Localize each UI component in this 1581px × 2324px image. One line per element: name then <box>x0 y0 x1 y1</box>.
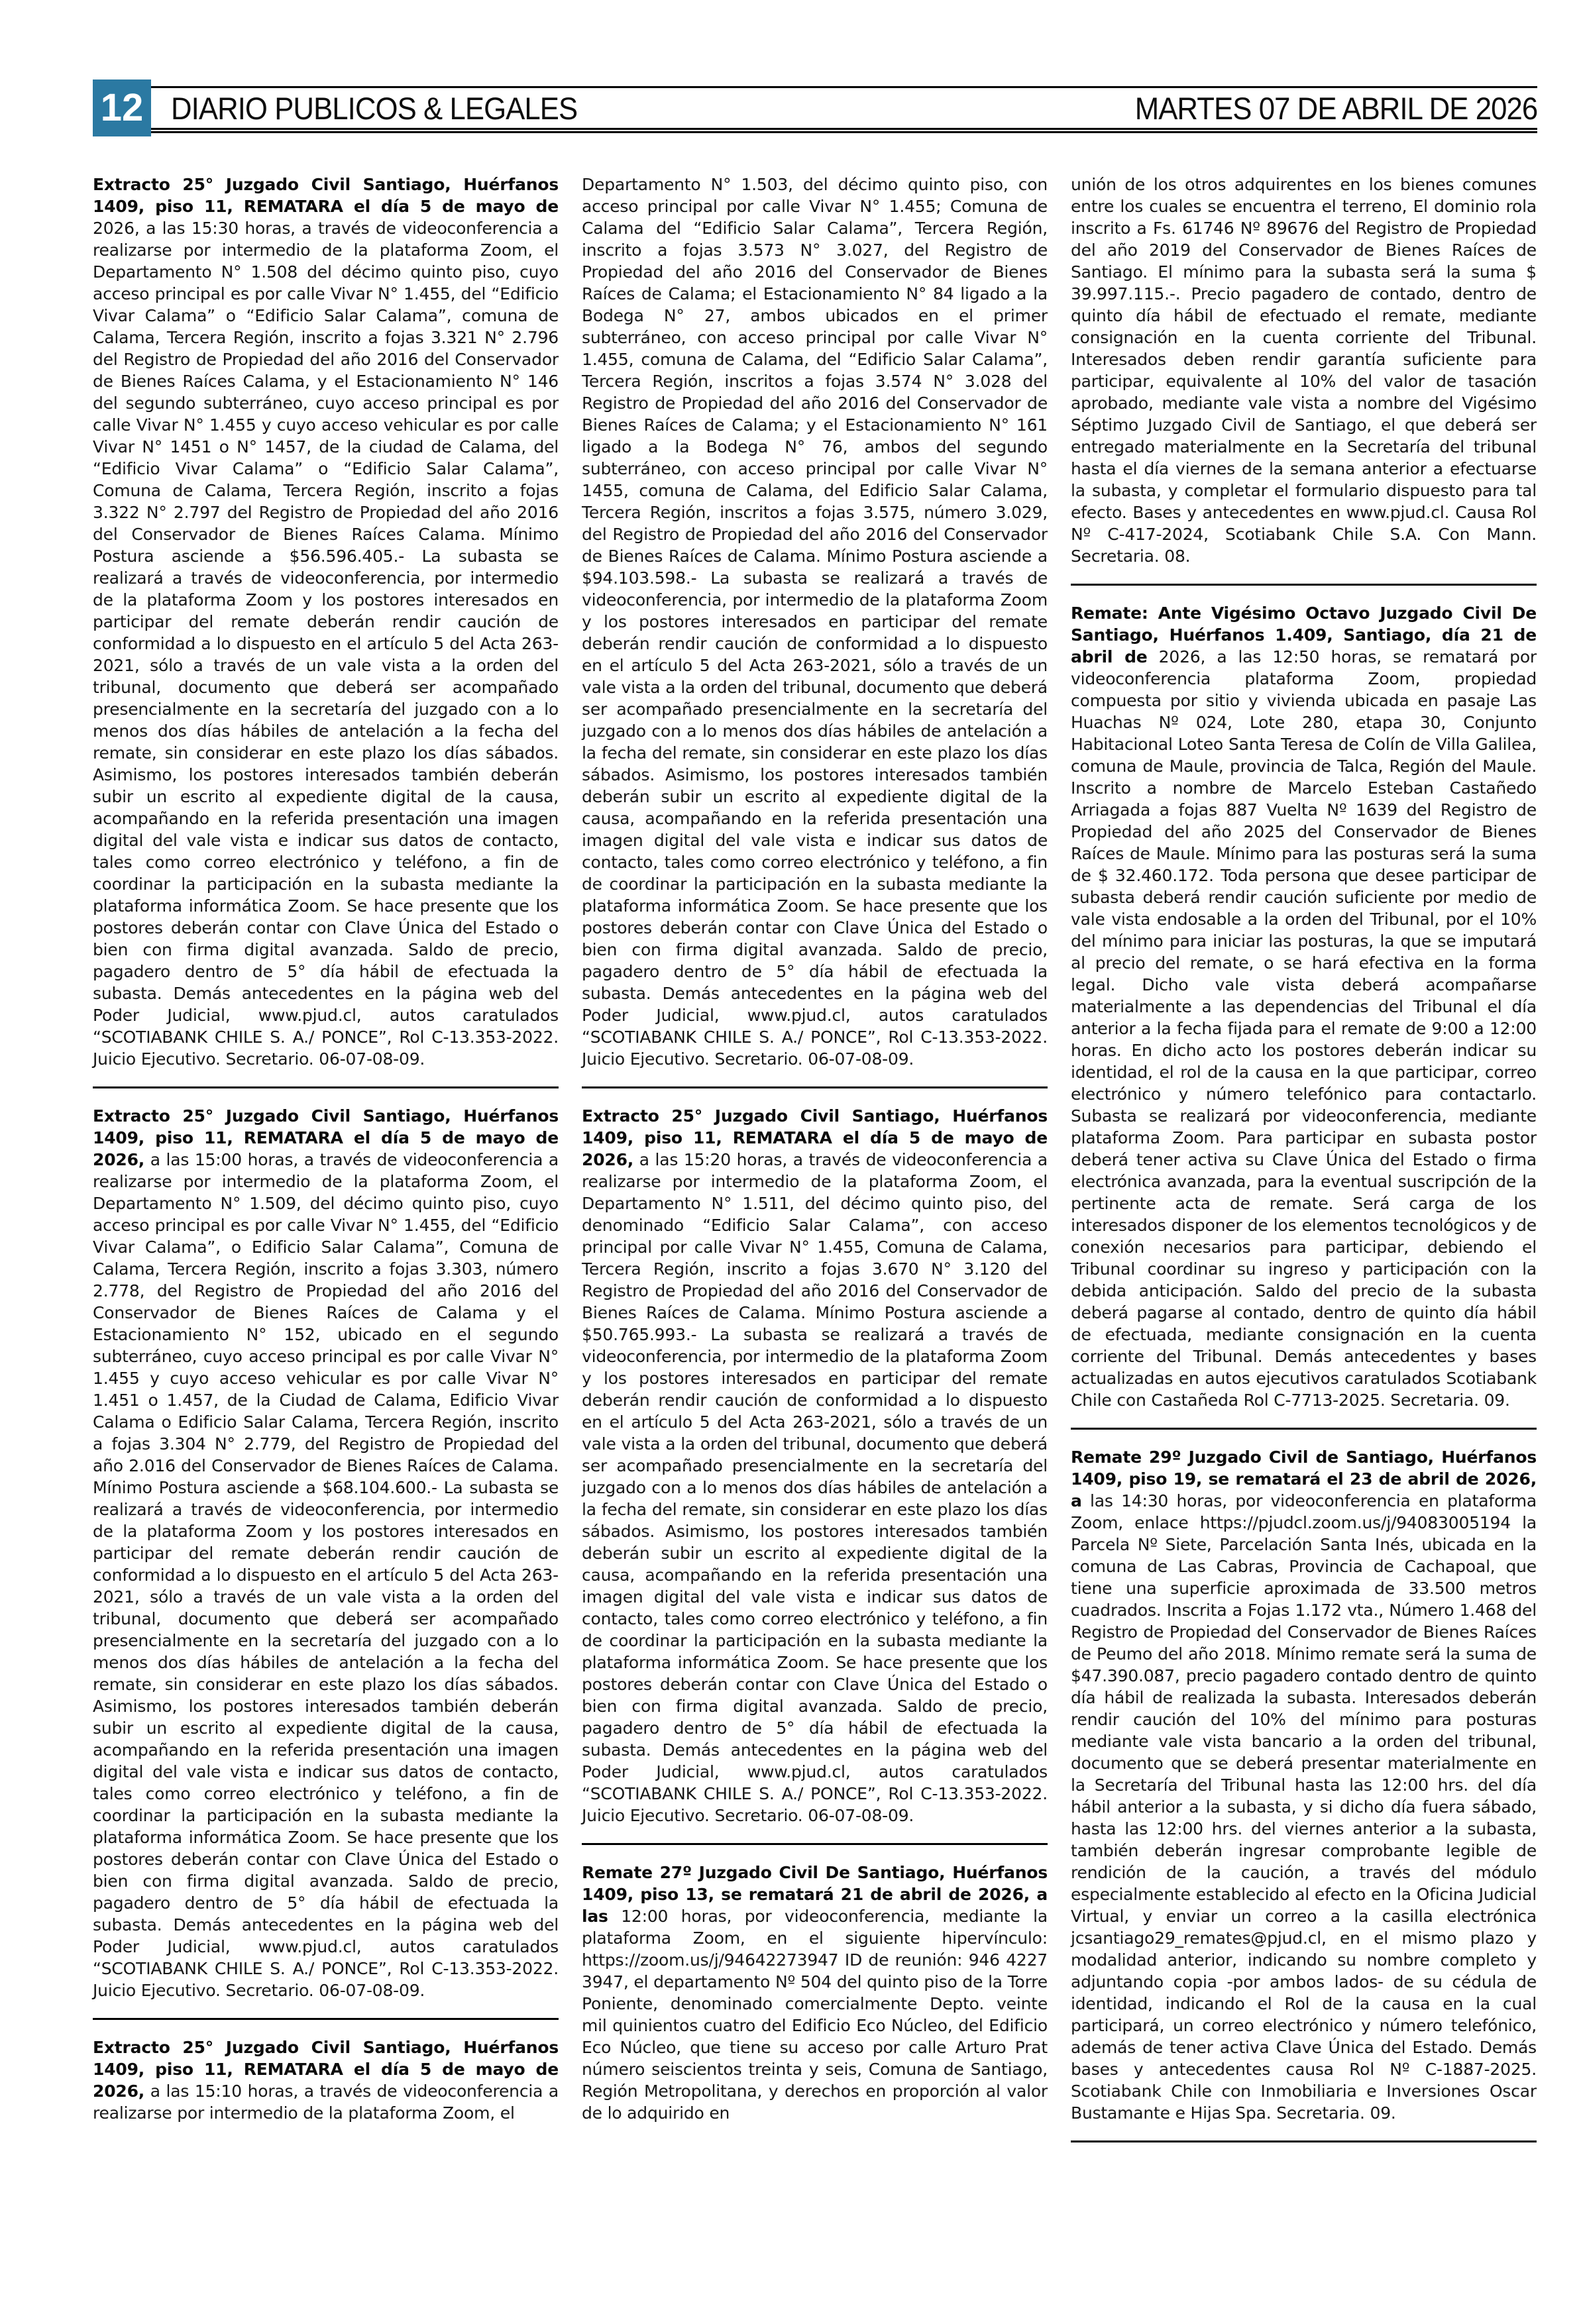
newspaper-page: 12 DIARIO PUBLICOS & LEGALES MARTES 07 D… <box>0 0 1581 2324</box>
notice-body: a las 15:20 horas, a través de videoconf… <box>582 1150 1048 1825</box>
notice-separator <box>1071 2140 1537 2142</box>
notice-body: unión de los otros adquirentes en los bi… <box>1071 175 1537 566</box>
notice-paragraph: Remate 27º Juzgado Civil De Santiago, Hu… <box>582 1862 1048 2124</box>
page-number-badge: 12 <box>93 79 151 136</box>
legal-notice-4: Extracto 25° Juzgado Civil Santiago, Hué… <box>582 1105 1048 1826</box>
page-header: 12 DIARIO PUBLICOS & LEGALES MARTES 07 D… <box>93 86 1537 133</box>
notice-body: Departamento N° 1.503, del décimo quinto… <box>582 175 1048 1069</box>
legal-notice-5-part-2: unión de los otros adquirentes en los bi… <box>1071 174 1537 567</box>
notice-paragraph: Extracto 25° Juzgado Civil Santiago, Hué… <box>93 174 559 1070</box>
notice-paragraph: Extracto 25° Juzgado Civil Santiago, Hué… <box>93 1105 559 2001</box>
notices-grid: Extracto 25° Juzgado Civil Santiago, Hué… <box>93 174 1537 2159</box>
masthead-title: DIARIO PUBLICOS & LEGALES <box>171 90 577 127</box>
notice-body: 12:00 horas, por videoconferencia, media… <box>582 1907 1048 2123</box>
notice-separator <box>93 2018 559 2020</box>
notice-paragraph: Remate: Ante Vigésimo Octavo Juzgado Civ… <box>1071 602 1537 1411</box>
notice-paragraph: Departamento N° 1.503, del décimo quinto… <box>582 174 1048 1070</box>
notice-body: a las 15:10 horas, a través de videoconf… <box>93 2082 559 2123</box>
notice-separator <box>1071 584 1537 586</box>
notice-body: a las 15:00 horas, a través de videoconf… <box>93 1150 559 2000</box>
notice-paragraph: Extracto 25° Juzgado Civil Santiago, Hué… <box>582 1105 1048 1826</box>
notice-separator <box>93 1086 559 1088</box>
notice-paragraph: Remate 29º Juzgado Civil de Santiago, Hu… <box>1071 1446 1537 2124</box>
notice-paragraph: unión de los otros adquirentes en los bi… <box>1071 174 1537 567</box>
edition-date: MARTES 07 DE ABRIL DE 2026 <box>1135 90 1537 127</box>
notice-body: las 14:30 horas, por videoconferencia en… <box>1071 1491 1537 2123</box>
notice-body: 2026, a las 15:30 horas, a través de vid… <box>93 219 559 1069</box>
page-number: 12 <box>101 89 144 127</box>
notice-lead: Extracto 25° Juzgado Civil Santiago, Hué… <box>93 175 559 216</box>
notice-separator <box>582 1086 1048 1088</box>
legal-notice-7: Remate 29º Juzgado Civil de Santiago, Hu… <box>1071 1446 1537 2124</box>
column-3: unión de los otros adquirentes en los bi… <box>1071 174 1537 2159</box>
notice-body: 2026, a las 12:50 horas, se rematará por… <box>1071 647 1537 1410</box>
legal-notice-3-part-1: Extracto 25° Juzgado Civil Santiago, Hué… <box>93 2036 559 2124</box>
legal-notice-6: Remate: Ante Vigésimo Octavo Juzgado Civ… <box>1071 602 1537 1411</box>
column-1: Extracto 25° Juzgado Civil Santiago, Hué… <box>93 174 559 2159</box>
legal-notice-1: Extracto 25° Juzgado Civil Santiago, Hué… <box>93 174 559 1070</box>
legal-notice-5-part-1: Remate 27º Juzgado Civil De Santiago, Hu… <box>582 1862 1048 2124</box>
notice-separator <box>1071 1428 1537 1430</box>
notice-paragraph: Extracto 25° Juzgado Civil Santiago, Hué… <box>93 2036 559 2124</box>
legal-notice-2: Extracto 25° Juzgado Civil Santiago, Hué… <box>93 1105 559 2001</box>
notice-separator <box>582 1843 1048 1845</box>
column-2: Departamento N° 1.503, del décimo quinto… <box>582 174 1048 2159</box>
legal-notice-3-part-2: Departamento N° 1.503, del décimo quinto… <box>582 174 1048 1070</box>
